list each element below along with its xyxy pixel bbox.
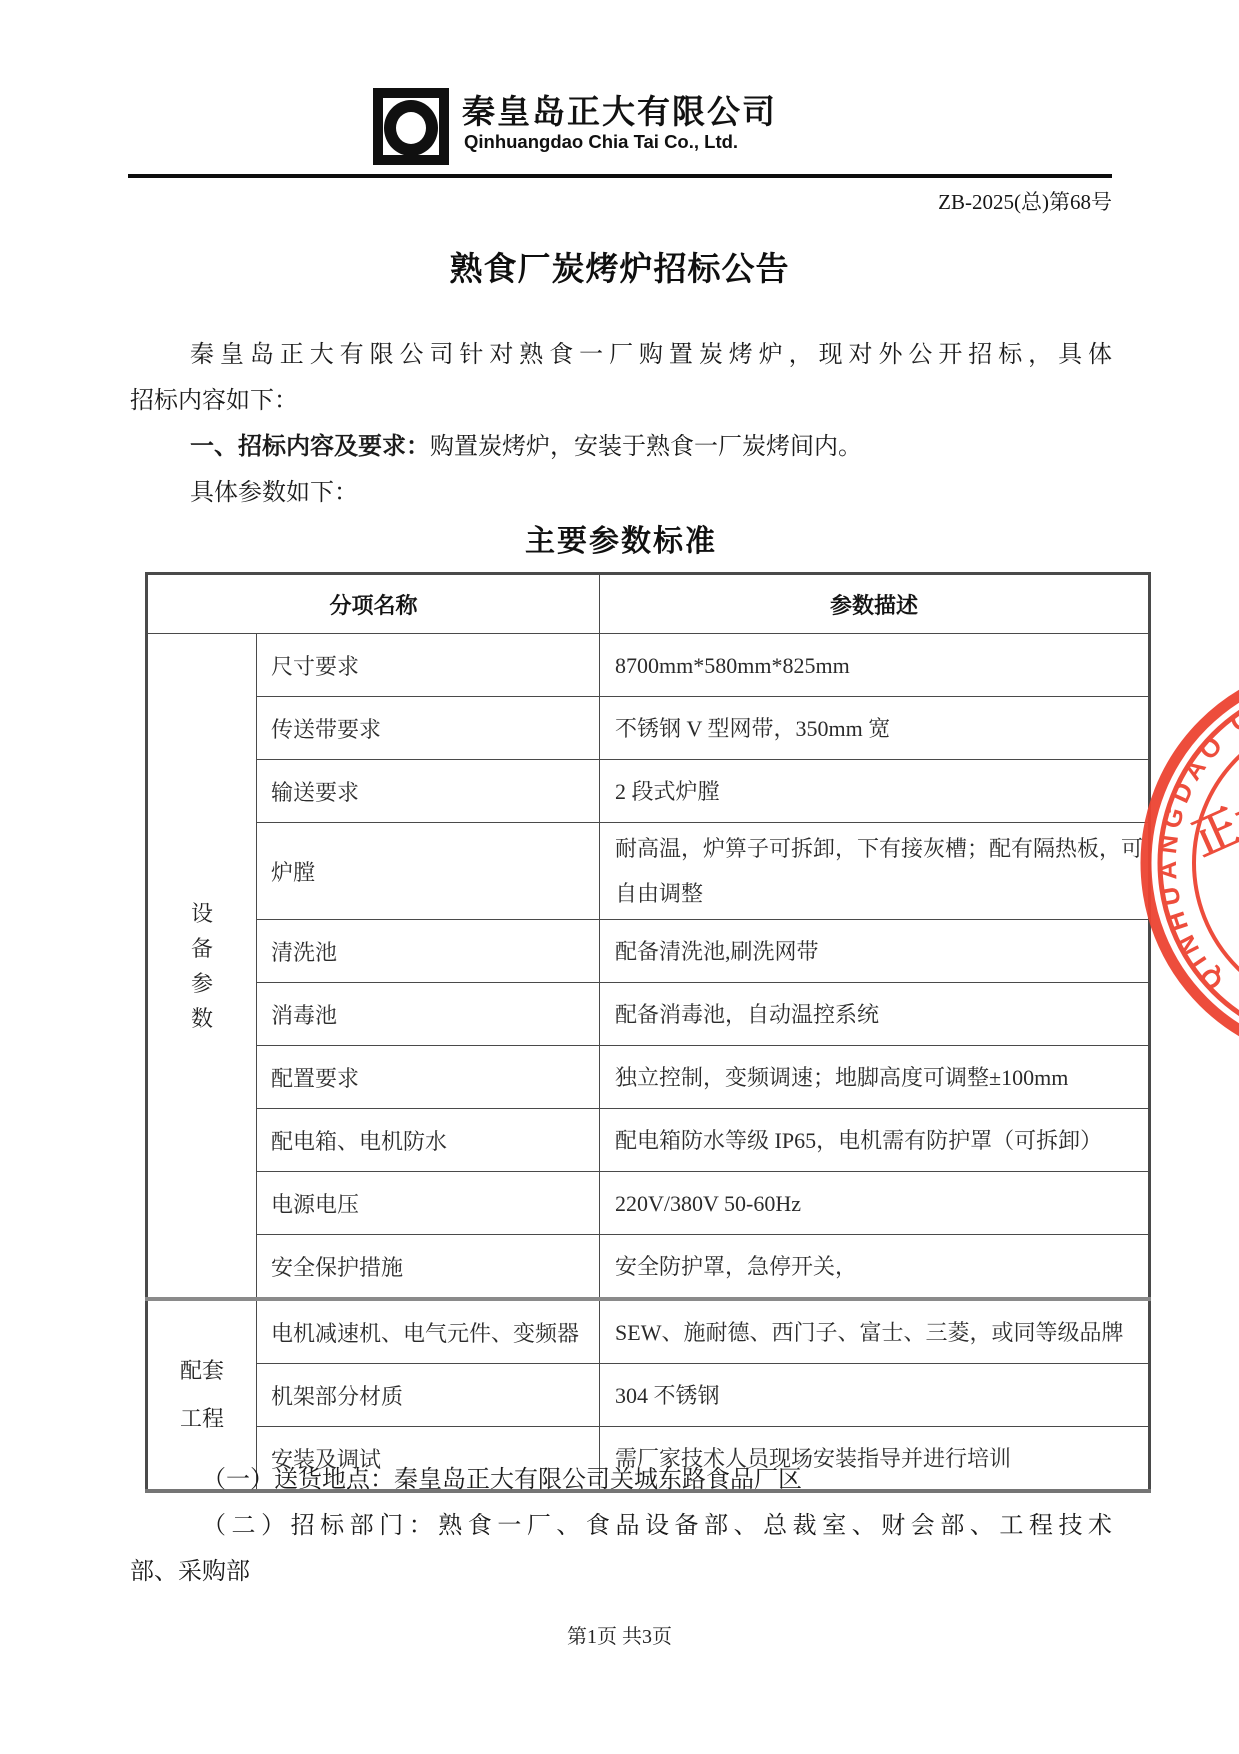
table-row: 安全保护措施安全防护罩，急停开关， [147,1235,1150,1300]
note-line: （二）招标部门：熟食一厂、食品设备部、总裁室、财会部、工程技术 [130,1503,1112,1549]
table-row: 配置要求独立控制，变频调速；地脚高度可调整±100mm [147,1046,1150,1109]
table-row: 配套工程电机减速机、电气元件、变频器SEW、施耐德、西门子、富士、三菱，或同等级… [147,1299,1150,1364]
param-name-cell: 机架部分材质 [257,1364,600,1427]
sub-note: 具体参数如下： [130,470,1112,516]
column-header-param-desc: 参数描述 [600,574,1150,634]
param-desc-cell: 不锈钢 V 型网带，350mm 宽 [600,697,1150,760]
param-desc-cell: 8700mm*580mm*825mm [600,634,1150,697]
column-header-item-name: 分项名称 [147,574,600,634]
notes-section: （一）送货地点：秦皇岛正大有限公司关城东路食品厂区（二）招标部门：熟食一厂、食品… [130,1457,1112,1595]
tender-requirement-line: 一、招标内容及要求：购置炭烤炉，安装于熟食一厂炭烤间内。 [130,424,1112,470]
param-name-cell: 电源电压 [257,1172,600,1235]
param-name-cell: 配电箱、电机防水 [257,1109,600,1172]
param-name-cell: 清洗池 [257,920,600,983]
param-name-cell: 炉膛 [257,823,600,920]
company-logo [373,88,449,165]
param-desc-cell: 304 不锈钢 [600,1364,1150,1427]
param-name-cell: 输送要求 [257,760,600,823]
param-desc-cell: 配电箱防水等级 IP65，电机需有防护罩（可拆卸） [600,1109,1150,1172]
table-row: 配电箱、电机防水配电箱防水等级 IP65，电机需有防护罩（可拆卸） [147,1109,1150,1172]
param-desc-cell: 独立控制，变频调速；地脚高度可调整±100mm [600,1046,1150,1109]
table-row: 炉膛耐高温，炉箅子可拆卸，下有接灰槽；配有隔热板，可自由调整 [147,823,1150,920]
parameters-table: 分项名称 参数描述 设备参数尺寸要求8700mm*580mm*825mm传送带要… [145,572,1151,1493]
letterhead-rule [128,174,1112,178]
param-desc-cell: 配备消毒池，自动温控系统 [600,983,1150,1046]
table-header-row: 分项名称 参数描述 [147,574,1150,634]
table-row: 传送带要求不锈钢 V 型网带，350mm 宽 [147,697,1150,760]
param-desc-cell: 2 段式炉膛 [600,760,1150,823]
param-name-cell: 安全保护措施 [257,1235,600,1300]
param-name-cell: 消毒池 [257,983,600,1046]
tender-requirement-label: 一、招标内容及要求： [190,434,430,460]
param-name-cell: 电机减速机、电气元件、变频器 [257,1299,600,1364]
tender-requirement-text: 购置炭烤炉，安装于熟食一厂炭烤间内。 [430,434,862,460]
document-number: ZB-2025(总)第68号 [130,186,1112,216]
note-line: 部、采购部 [130,1549,1112,1595]
table-row: 消毒池配备消毒池，自动温控系统 [147,983,1150,1046]
page-number: 第1页 共3页 [0,1620,1239,1649]
param-name-cell: 配置要求 [257,1046,600,1109]
table-row: 机架部分材质304 不锈钢 [147,1364,1150,1427]
intro-paragraph-line: 秦皇岛正大有限公司针对熟食一厂购置炭烤炉，现对外公开招标，具体 [130,332,1112,378]
table-row: 电源电压220V/380V 50-60Hz [147,1172,1150,1235]
params-table-body: 设备参数尺寸要求8700mm*580mm*825mm传送带要求不锈钢 V 型网带… [147,634,1150,1492]
param-desc-cell: 耐高温，炉箅子可拆卸，下有接灰槽；配有隔热板，可自由调整 [600,823,1150,920]
company-name-cn: 秦皇岛正大有限公司 [462,86,777,133]
intro-section: 秦皇岛正大有限公司针对熟食一厂购置炭烤炉，现对外公开招标，具体 招标内容如下： … [130,332,1112,516]
param-desc-cell: 安全防护罩，急停开关， [600,1235,1150,1300]
company-name-en: Qinhuangdao Chia Tai Co., Ltd. [464,131,738,153]
table-row: 输送要求2 段式炉膛 [147,760,1150,823]
document-page: 秦皇岛正大有限公司 Qinhuangdao Chia Tai Co., Ltd.… [0,0,1239,1754]
param-name-cell: 传送带要求 [257,697,600,760]
company-stamp: QINHUANGDAO CHIA TAI CO., LTD. 正大 [1140,650,1239,1050]
logo-circle-icon [384,100,438,156]
group-label: 设备参数 [147,634,257,1300]
intro-paragraph-line: 招标内容如下： [130,378,1112,424]
page-title: 熟食厂炭烤炉招标公告 [0,243,1239,290]
table-title: 主要参数标准 [130,516,1112,560]
param-desc-cell: 220V/380V 50-60Hz [600,1172,1150,1235]
table-row: 清洗池配备清洗池,刷洗网带 [147,920,1150,983]
param-desc-cell: SEW、施耐德、西门子、富士、三菱，或同等级品牌 [600,1299,1150,1364]
param-desc-cell: 配备清洗池,刷洗网带 [600,920,1150,983]
note-line: （一）送货地点：秦皇岛正大有限公司关城东路食品厂区 [130,1457,1112,1503]
table-row: 设备参数尺寸要求8700mm*580mm*825mm [147,634,1150,697]
param-name-cell: 尺寸要求 [257,634,600,697]
